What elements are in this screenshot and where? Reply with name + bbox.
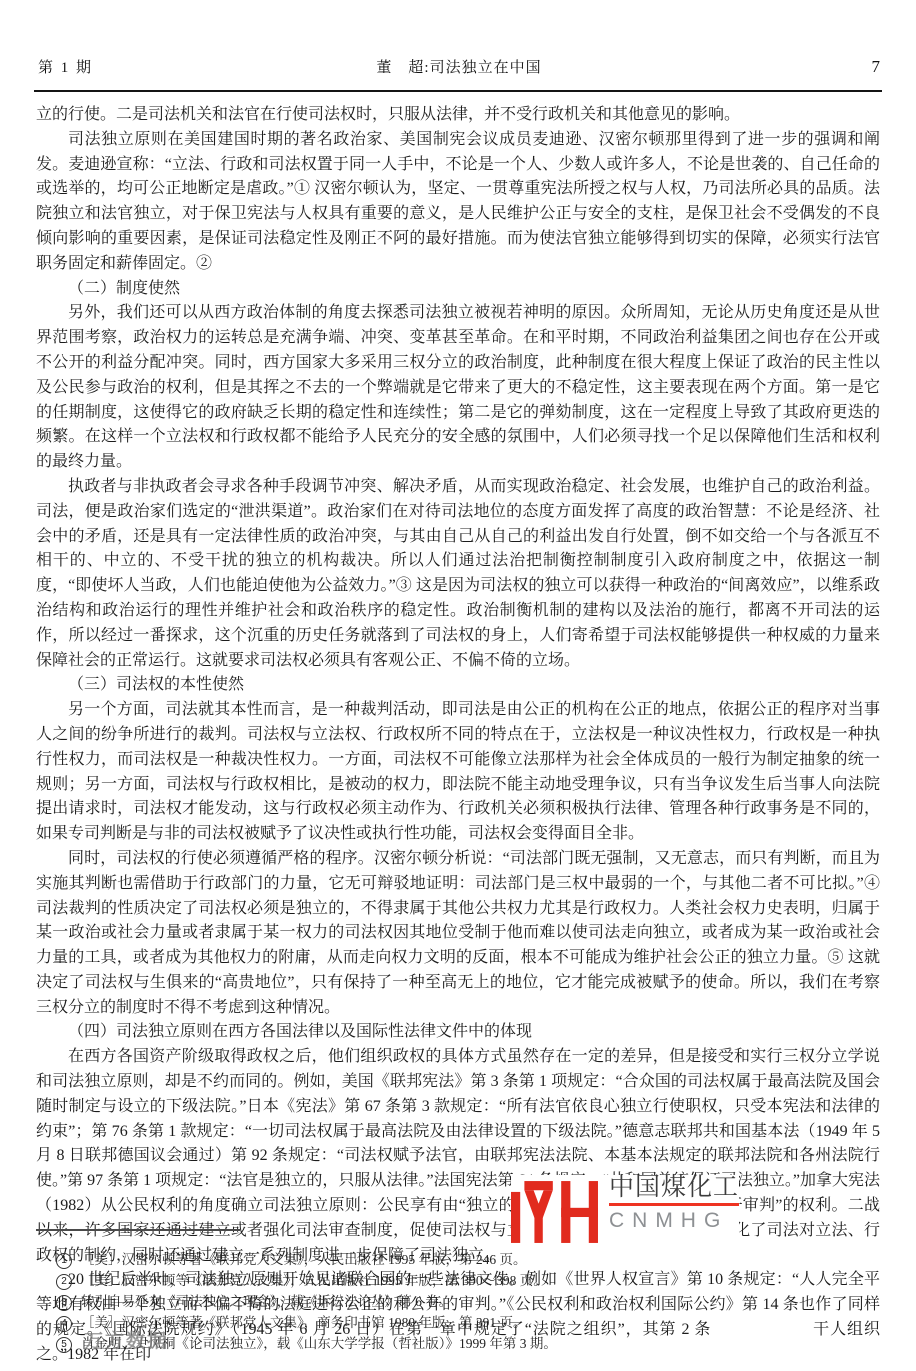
article-body: 立的行使。二是司法机关和法官在行使司法权时，只服从法律，并不受行政机关和其他意见…: [36, 103, 880, 1368]
header-rule: [34, 90, 882, 92]
footnote-marker: 2: [56, 1274, 72, 1290]
paragraph: 在西方各国资产阶级取得政权之后，他们组织政权的具体方式虽然存在一定的差异，但是接…: [36, 1045, 880, 1268]
footnote-text: ［美］汉密尔顿等著《联邦党人文集》，人民出版社 1995 年版，第 246 页。: [81, 1252, 527, 1267]
footnote-marker: 1: [56, 1253, 72, 1269]
footnote-marker: 4: [56, 1316, 72, 1332]
brand-name-en: CNMHG: [609, 1209, 739, 1233]
paragraph: 执政者与非执政者会寻求各种手段调节冲突、解决矛盾，从而实现政治稳定、社会发展，也…: [36, 475, 880, 673]
footnote-separator: [36, 1229, 240, 1231]
document-page: 第 1 期 董 超:司法独立在中国 7 立的行使。二是司法机关和法官在行使司法权…: [0, 0, 916, 1371]
running-head-title: 董 超:司法独立在中国: [188, 56, 730, 77]
footnote-1: 1［美］汉密尔顿等著《联邦党人文集》，人民出版社 1995 年版，第 246 页…: [36, 1249, 880, 1270]
section-heading-3: （三）司法权的本性使然: [36, 673, 880, 698]
brand-name-cn: 中国煤化工: [609, 1175, 739, 1206]
footnote-2: 2［美］汉密尔顿等《联邦党人文集》，人民出版社 1995 年版，第 390～39…: [36, 1270, 880, 1291]
footnote-marker: 5: [56, 1337, 72, 1353]
footnote-marker: 3: [56, 1295, 72, 1311]
brand-text: 中国煤化工 CNMHG: [609, 1175, 739, 1233]
footnote-text: 转引自易延友《司法独立之理念》，载《诉讼法论丛》第 6 卷。: [81, 1294, 452, 1309]
paragraph: 同时，司法权的行使必须遵循严格的程序。汉密尔顿分析说：“司法部门既无强制，又无意…: [36, 847, 880, 1021]
wanfang-watermark: 万方数据: [84, 1326, 168, 1353]
section-heading-2: （二）制度使然: [36, 277, 880, 302]
paragraph-continuation: 立的行使。二是司法机关和法官在行使司法权时，只服从法律，并不受行政机关和其他意见…: [36, 103, 880, 128]
page-number: 7: [730, 57, 880, 77]
coal-brand-watermark: 中国煤化工 CNMHG: [511, 1175, 739, 1247]
paragraph: 另一个方面，司法就其本性而言，是一种裁判活动，即司法是由公正的机构在公正的地点，…: [36, 698, 880, 847]
paragraph: 司法独立原则在美国建国时期的著名政治家、美国制宪会议成员麦迪逊、汉密尔顿那里得到…: [36, 128, 880, 277]
paragraph: 另外，我们还可以从西方政治体制的角度去探悉司法独立被视若神明的原因。众所周知，无…: [36, 301, 880, 475]
coal-logo-icon: [511, 1179, 598, 1245]
journal-issue: 第 1 期: [38, 56, 188, 77]
footnote-text: ［美］汉密尔顿等《联邦党人文集》，人民出版社 1995 年版，第 390～398…: [81, 1273, 547, 1288]
footnote-3: 3转引自易延友《司法独立之理念》，载《诉讼法论丛》第 6 卷。: [36, 1291, 880, 1312]
running-head: 第 1 期 董 超:司法独立在中国 7: [38, 56, 880, 77]
section-heading-4: （四）司法独立原则在西方各国法律以及国际性法律文件中的体现: [36, 1020, 880, 1045]
